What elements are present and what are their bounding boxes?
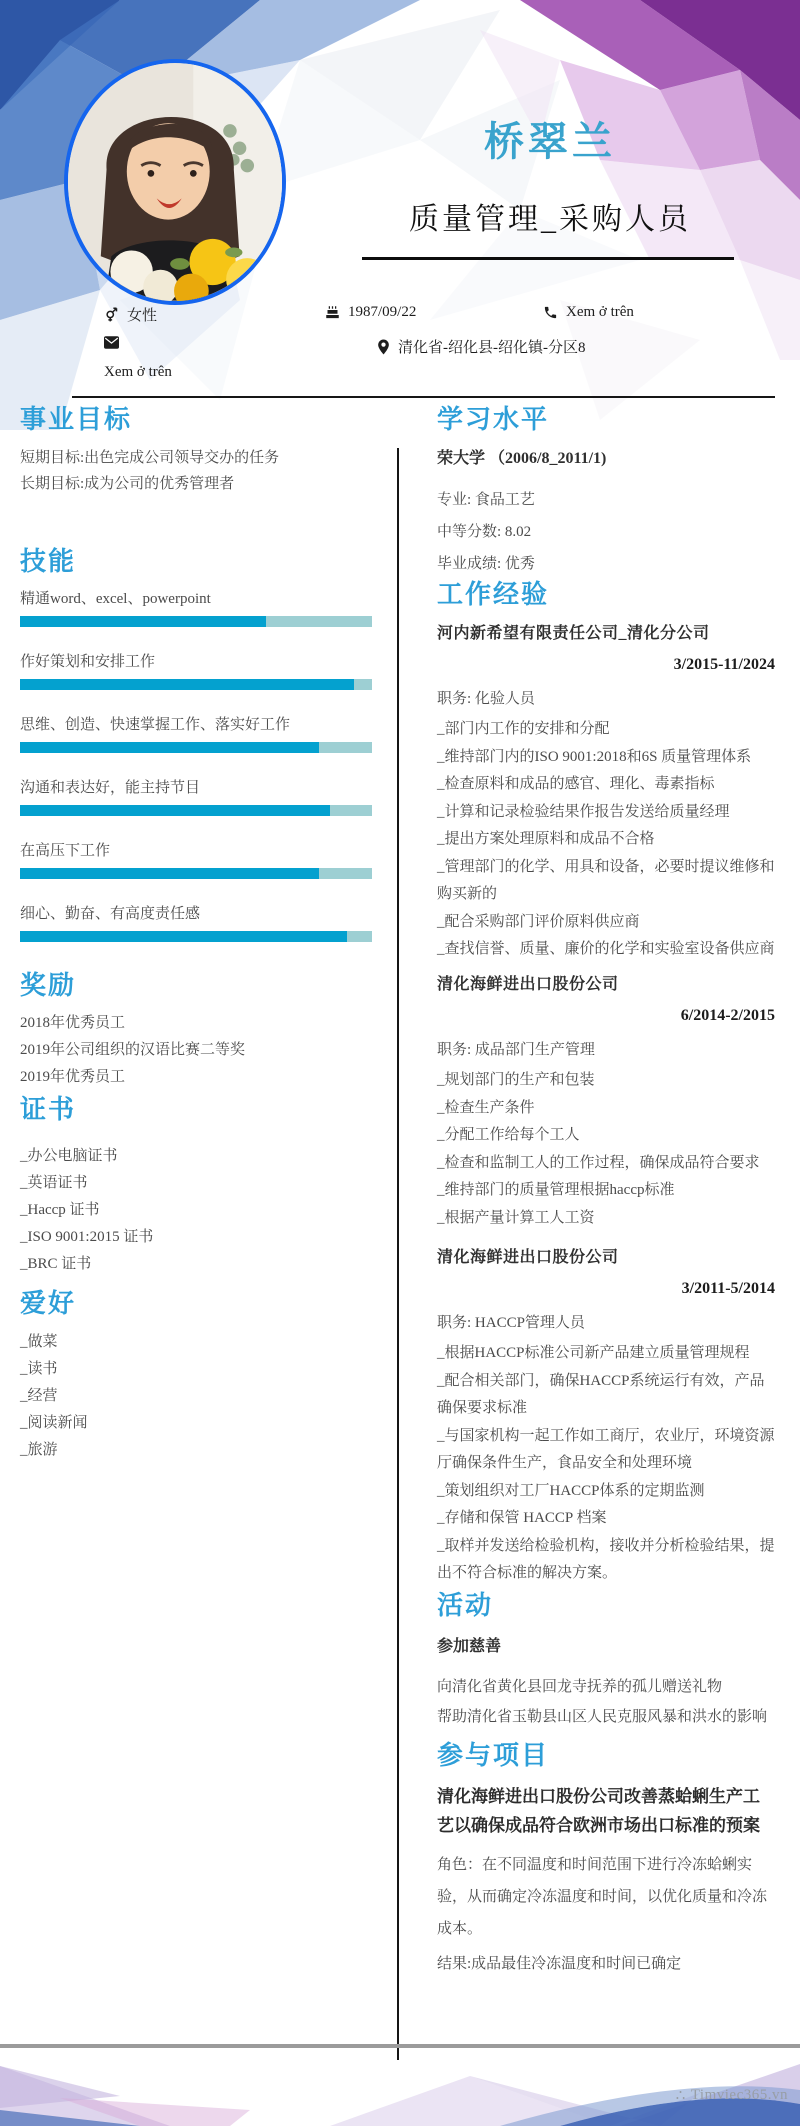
skill-label: 细心、勤奋、有高度责任感 <box>20 903 372 925</box>
section-awards: 奖励 2018年优秀员工 2019年公司组织的汉语比赛二等奖 2019年优秀员工 <box>20 968 372 1091</box>
skill-bar <box>20 805 372 816</box>
skill-label: 思维、创造、快速掌握工作、落实好工作 <box>20 714 372 736</box>
job-duty: _配合相关部门，确保HACCP系统运行有效，产品确保要求标准 <box>437 1368 775 1423</box>
award-item: 2019年优秀员工 <box>20 1064 372 1091</box>
phone-value: Xem ở trên <box>566 304 634 321</box>
job-company: 清化海鲜进出口股份公司 <box>437 1246 775 1270</box>
experience-heading: 工作经验 <box>437 577 775 611</box>
skill-item: 思维、创造、快速掌握工作、落实好工作 <box>20 714 372 753</box>
resume-page: 桥翠兰 质量管理_采购人员 女性 1987/09/22 Xem ở trên <box>0 0 800 2126</box>
skill-item: 沟通和表达好，能主持节目 <box>20 777 372 816</box>
section-activities: 活动 参加慈善 向清化省黄化县回龙寺抚养的孤儿赠送礼物 帮助清化省玉勒县山区人民… <box>437 1588 775 1732</box>
education-line: 专业: 食品工艺 <box>437 484 775 516</box>
birthday-item: 1987/09/22 <box>325 304 416 321</box>
skill-bar <box>20 931 372 942</box>
job-duty: _规划部门的生产和包装 <box>437 1067 775 1095</box>
skill-label: 作好策划和安排工作 <box>20 651 372 673</box>
job-duty: _管理部门的化学、用具和设备，必要时提议维修和购买新的 <box>437 854 775 909</box>
candidate-title: 质量管理_采购人员 <box>302 194 798 238</box>
activity-line: 帮助清化省玉勒县山区人民克服风暴和洪水的影响 <box>437 1702 775 1732</box>
job-entry: 清化海鲜进出口股份公司 6/2014-2/2015 职务: 成品部门生产管理 _… <box>437 973 775 1232</box>
email-icon <box>104 336 119 349</box>
job-duty: _检查生产条件 <box>437 1095 775 1123</box>
skill-bar-fill <box>20 931 347 942</box>
job-role: 职务: 化验人员 <box>437 688 775 710</box>
job-entry: 清化海鲜进出口股份公司 3/2011-5/2014 职务: HACCP管理人员 … <box>437 1246 775 1588</box>
awards-heading: 奖励 <box>20 968 372 1002</box>
email-value: Xem ở trên <box>104 364 172 381</box>
job-duty: _维持部门内的ISO 9001:2018和6S 质量管理体系 <box>437 744 775 772</box>
section-certificates: 证书 _办公电脑证书 _英语证书 _Haccp 证书 _ISO 9001:201… <box>20 1092 372 1278</box>
award-item: 2019年公司组织的汉语比赛二等奖 <box>20 1037 372 1064</box>
job-duty: _检查原料和成品的感官、理化、毒素指标 <box>437 771 775 799</box>
hobby-item: _旅游 <box>20 1437 372 1464</box>
skills-heading: 技能 <box>20 544 372 578</box>
job-role: 职务: 成品部门生产管理 <box>437 1039 775 1061</box>
education-line: 中等分数: 8.02 <box>437 516 775 548</box>
skill-item: 作好策划和安排工作 <box>20 651 372 690</box>
job-period: 6/2014-2/2015 <box>437 1005 775 1027</box>
job-duty: _分配工作给每个工人 <box>437 1122 775 1150</box>
job-role: 职务: HACCP管理人员 <box>437 1312 775 1334</box>
job-duty: _策划组织对工厂HACCP体系的定期监测 <box>437 1478 775 1506</box>
job-duty: _取样并发送给检验机构，接收并分析检验结果，提出不符合标准的解决方案。 <box>437 1533 775 1588</box>
section-education: 学习水平 荣大学 （2006/8_2011/1) 专业: 食品工艺 中等分数: … <box>437 402 775 580</box>
birthday-cake-icon <box>325 305 340 320</box>
job-duty: _根据产量计算工人工资 <box>437 1205 775 1233</box>
award-item: 2018年优秀员工 <box>20 1010 372 1037</box>
birthday-value: 1987/09/22 <box>348 304 416 321</box>
profile-photo <box>64 59 286 305</box>
job-duty: _计算和记录检验结果作报告发送给质量经理 <box>437 799 775 827</box>
activity-title: 参加慈善 <box>437 1636 775 1658</box>
portrait-illustration <box>68 63 282 301</box>
candidate-name: 桥翠兰 <box>350 110 750 167</box>
skill-label: 在高压下工作 <box>20 840 372 862</box>
section-experience: 工作经验 <box>437 577 775 611</box>
job-duty: _提出方案处理原料和成品不合格 <box>437 826 775 854</box>
certificates-heading: 证书 <box>20 1092 372 1126</box>
hobby-item: _读书 <box>20 1356 372 1383</box>
job-duty: _维持部门的质量管理根据haccp标准 <box>437 1177 775 1205</box>
skill-bar <box>20 868 372 879</box>
job-duty: _与国家机构一起工作如工商厅，农业厅，环境资源厅确保条件生产，食品安全和处理环境 <box>437 1423 775 1478</box>
education-school: 荣大学 （2006/8_2011/1) <box>437 448 775 470</box>
hobby-item: _经营 <box>20 1383 372 1410</box>
job-duty: _查找信誉、质量、廉价的化学和实验室设备供应商 <box>437 936 775 964</box>
right-column-rule <box>397 448 399 2060</box>
section-skills: 技能 精通word、excel、powerpoint 作好策划和安排工作 思维、… <box>20 544 372 966</box>
job-duty: _配合采购部门评价原料供应商 <box>437 909 775 937</box>
skill-bar-fill <box>20 805 330 816</box>
education-line: 毕业成绩: 优秀 <box>437 548 775 580</box>
gender-value: 女性 <box>127 304 157 325</box>
skill-bar <box>20 742 372 753</box>
activities-heading: 活动 <box>437 1588 775 1622</box>
skill-bar-fill <box>20 679 354 690</box>
email-item <box>104 336 119 349</box>
skill-bar-fill <box>20 616 266 627</box>
certificate-item: _英语证书 <box>20 1170 372 1197</box>
hobbies-heading: 爱好 <box>20 1286 372 1320</box>
activity-line: 向清化省黄化县回龙寺抚养的孤儿赠送礼物 <box>437 1672 775 1702</box>
skill-item: 在高压下工作 <box>20 840 372 879</box>
project-title: 清化海鲜进出口股份公司改善蒸蛤蜊生产工艺以确保成品符合欧洲市场出口标准的预案 <box>437 1782 775 1840</box>
hobby-item: _做菜 <box>20 1329 372 1356</box>
skill-bar-fill <box>20 742 319 753</box>
job-period: 3/2011-5/2014 <box>437 1278 775 1300</box>
gender-item: 女性 <box>104 304 157 325</box>
job-duty: _检查和监制工人的工作过程，确保成品符合要求 <box>437 1150 775 1178</box>
skill-bar <box>20 616 372 627</box>
job-duty: _根据HACCP标准公司新产品建立质量管理规程 <box>437 1340 775 1368</box>
title-underline <box>362 257 734 260</box>
hobby-item: _阅读新闻 <box>20 1410 372 1437</box>
phone-icon <box>543 305 558 320</box>
section-hobbies: 爱好 _做菜 _读书 _经营 _阅读新闻 _旅游 <box>20 1286 372 1464</box>
certificate-item: _Haccp 证书 <box>20 1197 372 1224</box>
address-item: 清化省-绍化县-绍化镇-分区8 <box>377 336 586 357</box>
certificate-item: _ISO 9001:2015 证书 <box>20 1224 372 1251</box>
job-entry: 河内新希望有限责任公司_清化分公司 3/2015-11/2024 职务: 化验人… <box>437 622 775 964</box>
skill-item: 精通word、excel、powerpoint <box>20 588 372 627</box>
phone-item: Xem ở trên <box>543 304 634 321</box>
career-goal-line: 短期目标:出色完成公司领导交办的任务 <box>20 445 372 471</box>
site-watermark: ∴ Timviec365.vn <box>676 2086 788 2105</box>
address-value: 清化省-绍化县-绍化镇-分区8 <box>398 336 586 357</box>
watermark-text: Timviec365.vn <box>691 2087 788 2104</box>
section-career-goals: 事业目标 短期目标:出色完成公司领导交办的任务 长期目标:成为公司的优秀管理者 <box>20 402 372 497</box>
email-value-item: Xem ở trên <box>104 364 172 381</box>
section-projects: 参与项目 清化海鲜进出口股份公司改善蒸蛤蜊生产工艺以确保成品符合欧洲市场出口标准… <box>437 1738 775 1979</box>
skill-item: 细心、勤奋、有高度责任感 <box>20 903 372 942</box>
certificate-item: _BRC 证书 <box>20 1251 372 1278</box>
timviec-logo-dots-icon: ∴ <box>676 2086 686 2105</box>
projects-heading: 参与项目 <box>437 1738 775 1772</box>
job-period: 3/2015-11/2024 <box>437 654 775 676</box>
location-pin-icon <box>377 339 390 355</box>
info-divider <box>72 396 775 398</box>
skill-bar <box>20 679 372 690</box>
career-goals-heading: 事业目标 <box>20 402 372 436</box>
skill-bar-fill <box>20 868 319 879</box>
career-goal-line: 长期目标:成为公司的优秀管理者 <box>20 471 372 497</box>
project-role: 角色：在不同温度和时间范围下进行冷冻蛤蜊实验，从而确定冷冻温度和时间，以优化质量… <box>437 1849 775 1945</box>
certificate-item: _办公电脑证书 <box>20 1143 372 1170</box>
job-company: 河内新希望有限责任公司_清化分公司 <box>437 622 775 646</box>
job-company: 清化海鲜进出口股份公司 <box>437 973 775 997</box>
skill-label: 沟通和表达好，能主持节目 <box>20 777 372 799</box>
skill-label: 精通word、excel、powerpoint <box>20 588 372 610</box>
education-heading: 学习水平 <box>437 402 775 436</box>
job-duty: _存储和保管 HACCP 档案 <box>437 1505 775 1533</box>
project-result: 结果:成品最佳冷冻温度和时间已确定 <box>437 1949 775 1979</box>
job-duty: _部门内工作的安排和分配 <box>437 716 775 744</box>
gender-icon <box>104 307 119 322</box>
